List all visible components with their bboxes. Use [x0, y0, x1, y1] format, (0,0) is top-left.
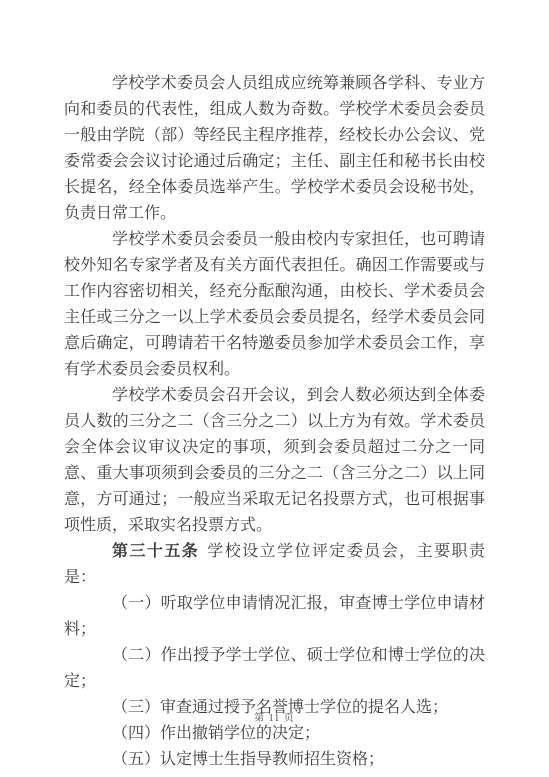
list-item-1: （一）听取学位申请情况汇报，审查博士学位申请材料； [64, 591, 485, 643]
document-page: 学校学术委员会人员组成应统筹兼顾各学科、专业方向和委员的代表性，组成人数为奇数。… [0, 0, 549, 777]
list-item-5: （五）认定博士生指导教师招生资格； [64, 747, 485, 773]
paragraph-academic-committee-members: 学校学术委员会委员一般由校内专家担任，也可聘请校外知名专家学者及有关方面代表担任… [64, 227, 485, 383]
list-item-2: （二）作出授予学士学位、硕士学位和博士学位的决定； [64, 643, 485, 695]
page-footer: 第 11 页 [0, 709, 549, 724]
paragraph-academic-committee-meetings: 学校学术委员会召开会议，到会人数必须达到全体委员人数的三分之二（含三分之二）以上… [64, 383, 485, 539]
article-number: 第三十五条 [112, 543, 199, 560]
list-item-4: （四）作出撤销学位的决定； [64, 721, 485, 747]
page-number: 第 11 页 [254, 713, 295, 724]
paragraph-article-35: 第三十五条学校设立学位评定委员会，主要职责是： [64, 539, 485, 591]
page-body: 学校学术委员会人员组成应统筹兼顾各学科、专业方向和委员的代表性，组成人数为奇数。… [64, 71, 485, 773]
paragraph-academic-committee-composition: 学校学术委员会人员组成应统筹兼顾各学科、专业方向和委员的代表性，组成人数为奇数。… [64, 71, 485, 227]
